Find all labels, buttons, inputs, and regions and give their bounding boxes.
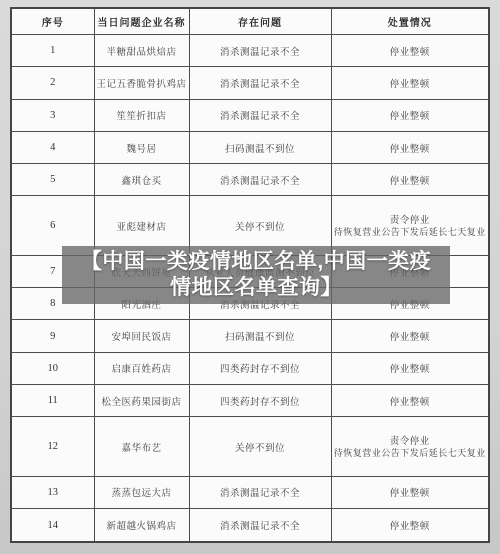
issue-cell: 扫码测温不到位 xyxy=(189,131,331,163)
row-index-cell: 2 xyxy=(11,67,94,99)
action-cell: 停业整顿 xyxy=(331,67,489,99)
action-line1: 责令停业 xyxy=(390,436,430,447)
table-row: 10 启康百姓药店 四类药封存不到位 停业整顿 xyxy=(11,352,489,384)
action-line1: 停业整顿 xyxy=(390,111,430,122)
company-name-cell: 启康百姓药店 xyxy=(94,352,189,384)
column-header-issue: 存在问题 xyxy=(189,8,331,35)
table-row: 12 嘉华布艺 关停不到位 责令停业 待恢复营业公告下发后延长七天复业 xyxy=(11,417,489,476)
action-line2: 待恢复营业公告下发后延长七天复业 xyxy=(334,226,487,239)
issue-cell: 四类药封存不到位 xyxy=(189,385,331,417)
company-name-cell: 松全医药果园街店 xyxy=(94,385,189,417)
action-cell: 停业整顿 xyxy=(331,385,489,417)
action-cell: 停业整顿 xyxy=(331,509,489,542)
table-row: 11 松全医药果园街店 四类药封存不到位 停业整顿 xyxy=(11,385,489,417)
company-name-cell: 鑫琪仓买 xyxy=(94,164,189,196)
action-cell: 停业整顿 xyxy=(331,320,489,352)
watermark-overlay: 【中国一类疫情地区名单,中国一类疫 情地区名单查询】 xyxy=(62,246,450,304)
company-name-cell: 安埠回民饭店 xyxy=(94,320,189,352)
table-row: 9 安埠回民饭店 扫码测温不到位 停业整顿 xyxy=(11,320,489,352)
issue-cell: 四类药封存不到位 xyxy=(189,352,331,384)
issue-cell: 关停不到位 xyxy=(189,417,331,476)
company-name-cell: 蒸蒸包远大店 xyxy=(94,476,189,508)
action-line1: 停业整顿 xyxy=(390,47,430,58)
company-name-cell: 王记五香脆骨扒鸡店 xyxy=(94,67,189,99)
table-row: 3 笙笙折扣店 消杀测温记录不全 停业整顿 xyxy=(11,99,489,131)
column-header-name: 当日问题企业名称 xyxy=(94,8,189,35)
issue-cell: 扫码测温不到位 xyxy=(189,320,331,352)
company-name-cell: 魏号居 xyxy=(94,131,189,163)
action-cell: 停业整顿 xyxy=(331,164,489,196)
company-name-cell: 新超越火锅鸡店 xyxy=(94,509,189,542)
table-row: 14 新超越火锅鸡店 消杀测温记录不全 停业整顿 xyxy=(11,509,489,542)
issue-cell: 消杀测温记录不全 xyxy=(189,476,331,508)
action-line1: 停业整顿 xyxy=(390,176,430,187)
watermark-text-line2: 情地区名单查询】 xyxy=(170,275,342,301)
row-index-cell: 5 xyxy=(11,164,94,196)
company-name-cell: 笙笙折扣店 xyxy=(94,99,189,131)
table-row: 2 王记五香脆骨扒鸡店 消杀测温记录不全 停业整顿 xyxy=(11,67,489,99)
issue-cell: 消杀测温记录不全 xyxy=(189,67,331,99)
column-header-action: 处置情况 xyxy=(331,8,489,35)
action-line1: 停业整顿 xyxy=(390,332,430,343)
action-cell: 停业整顿 xyxy=(331,131,489,163)
watermark-text-line1: 【中国一类疫情地区名单,中国一类疫 xyxy=(81,249,431,275)
action-cell: 停业整顿 xyxy=(331,476,489,508)
action-line1: 停业整顿 xyxy=(390,521,430,532)
table-row: 1 半糖甜品烘焙店 消杀测温记录不全 停业整顿 xyxy=(11,35,489,67)
issue-cell: 消杀测温记录不全 xyxy=(189,99,331,131)
action-line1: 责令停业 xyxy=(390,215,430,226)
row-index-cell: 3 xyxy=(11,99,94,131)
action-line1: 停业整顿 xyxy=(390,79,430,90)
header-row: 序号 当日问题企业名称 存在问题 处置情况 xyxy=(11,8,489,35)
company-name-cell: 嘉华布艺 xyxy=(94,417,189,476)
table-row: 5 鑫琪仓买 消杀测温记录不全 停业整顿 xyxy=(11,164,489,196)
column-header-index: 序号 xyxy=(11,8,94,35)
action-line1: 停业整顿 xyxy=(390,144,430,155)
action-cell: 停业整顿 xyxy=(331,35,489,67)
row-index-cell: 13 xyxy=(11,476,94,508)
action-line2: 待恢复营业公告下发后延长七天复业 xyxy=(334,447,487,460)
action-line1: 停业整顿 xyxy=(390,364,430,375)
row-index-cell: 10 xyxy=(11,352,94,384)
action-line1: 停业整顿 xyxy=(390,397,430,408)
action-cell: 停业整顿 xyxy=(331,352,489,384)
screenshot-page: 序号 当日问题企业名称 存在问题 处置情况 1 半糖甜品烘焙店 消杀测温记录不全… xyxy=(0,0,500,554)
issue-cell: 消杀测温记录不全 xyxy=(189,35,331,67)
action-cell: 责令停业 待恢复营业公告下发后延长七天复业 xyxy=(331,417,489,476)
company-name-cell: 半糖甜品烘焙店 xyxy=(94,35,189,67)
issue-cell: 消杀测温记录不全 xyxy=(189,164,331,196)
row-index-cell: 9 xyxy=(11,320,94,352)
issue-cell: 消杀测温记录不全 xyxy=(189,509,331,542)
action-cell: 停业整顿 xyxy=(331,99,489,131)
row-index-cell: 14 xyxy=(11,509,94,542)
action-line1: 停业整顿 xyxy=(390,488,430,499)
table-row: 13 蒸蒸包远大店 消杀测温记录不全 停业整顿 xyxy=(11,476,489,508)
row-index-cell: 4 xyxy=(11,131,94,163)
table-row: 4 魏号居 扫码测温不到位 停业整顿 xyxy=(11,131,489,163)
row-index-cell: 1 xyxy=(11,35,94,67)
table-header: 序号 当日问题企业名称 存在问题 处置情况 xyxy=(11,8,489,35)
row-index-cell: 11 xyxy=(11,385,94,417)
row-index-cell: 12 xyxy=(11,417,94,476)
